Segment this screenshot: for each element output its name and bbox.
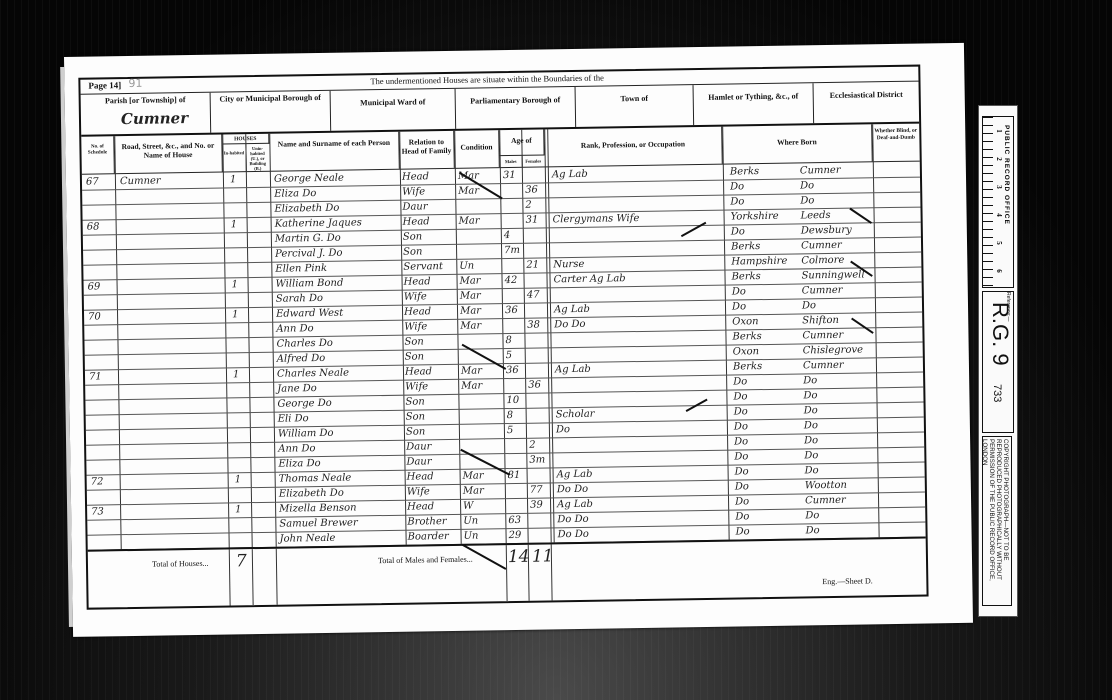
cell-male-age — [507, 438, 525, 453]
cell-born-county: Do — [733, 373, 803, 389]
cell-female-age: 2 — [529, 437, 547, 452]
cell-road — [125, 518, 225, 535]
cell-relation: Wife — [402, 184, 454, 200]
cell-condition: W — [463, 498, 503, 514]
cell-born-place: Dewsbury — [801, 222, 873, 238]
cell-female-age: 31 — [526, 212, 544, 227]
cell-female-age — [530, 527, 548, 542]
cell-female-age — [528, 362, 546, 377]
cell-schedule: 73 — [91, 504, 119, 519]
cell-inhabited — [235, 532, 249, 547]
cell-road: Cumner — [120, 173, 220, 190]
cell-schedule — [91, 519, 119, 534]
scale-ruler: 1 2 3 4 5 6 PUBLIC RECORD OFFICE — [982, 116, 1014, 288]
cell-condition — [459, 228, 499, 244]
reference-box: Reference:— R.G. 9 733 — [982, 291, 1014, 433]
cell-relation: Daur — [406, 454, 458, 470]
cell-born-county: Do — [734, 463, 804, 479]
col-uninhabited: Unin-habited (U.), or Building (B.) — [245, 146, 269, 171]
cell-born-place: Cumner — [805, 492, 877, 508]
cell-born-county: Oxon — [733, 343, 803, 359]
cell-relation: Brother — [407, 514, 459, 530]
cell-female-age — [528, 347, 546, 362]
cell-inhabited: 1 — [235, 472, 249, 487]
cell-inhabited — [233, 352, 247, 367]
cell-male-age — [503, 183, 521, 198]
cell-born-county: Yorkshire — [730, 208, 800, 224]
cell-female-age: 3m — [529, 452, 547, 467]
cell-inhabited — [231, 262, 245, 277]
cell-inhabited — [232, 337, 246, 352]
cell-born-place: Cumner — [802, 327, 874, 343]
cell-road — [124, 458, 224, 475]
cell-relation: Head — [403, 274, 455, 290]
cell-born-place: Do — [804, 447, 876, 463]
cell-road — [121, 263, 221, 280]
cell-inhabited: 1 — [231, 217, 245, 232]
cell-inhabited — [232, 292, 246, 307]
cell-born-place: Cumner — [802, 282, 874, 298]
cell-male-age: 29 — [508, 528, 526, 543]
cell-inhabited — [231, 247, 245, 262]
cell-schedule: 71 — [89, 369, 117, 384]
cell-condition: Mar — [460, 303, 500, 319]
cell-relation: Boarder — [407, 529, 459, 545]
col-name: Name and Surname of each Person — [269, 132, 400, 171]
census-form: Page 14] 91 The undermentioned Houses ar… — [78, 65, 928, 610]
cell-born-county: Berks — [731, 238, 801, 254]
cell-male-age: 31 — [503, 168, 521, 183]
cell-born-place: Cumner — [803, 357, 875, 373]
cell-female-age — [530, 467, 548, 482]
ruler-number: 3 — [995, 185, 1003, 189]
cell-male-age — [505, 318, 523, 333]
cell-condition: Mar — [461, 378, 501, 394]
cell-schedule — [92, 534, 120, 549]
office-name: PUBLIC RECORD OFFICE — [1003, 125, 1010, 225]
sheet-footer: Eng.—Sheet D. — [822, 576, 873, 586]
cell-born-county: Do — [731, 223, 801, 239]
cell-relation: Head — [403, 214, 455, 230]
cell-born-place: Do — [804, 417, 876, 433]
cell-born-county: Do — [735, 523, 805, 539]
cell-female-age — [526, 227, 544, 242]
cell-inhabited — [233, 382, 247, 397]
cell-born-county: Do — [734, 403, 804, 419]
cell-condition: Mar — [459, 273, 499, 289]
cell-condition: Un — [459, 258, 499, 274]
cell-condition — [462, 423, 502, 439]
hamlet-header: Hamlet or Tything, &c., of — [694, 83, 815, 125]
cell-female-age: 39 — [530, 497, 548, 512]
cell-inhabited — [230, 202, 244, 217]
cell-road — [123, 353, 223, 370]
col-relation: Relation to Head of Family — [399, 131, 455, 169]
cell-born-place: Do — [802, 297, 874, 313]
cell-road — [121, 218, 221, 235]
cell-road — [125, 488, 225, 505]
cell-born-place: Wootton — [805, 477, 877, 493]
cell-male-age: 4 — [504, 228, 522, 243]
cell-born-county: Do — [732, 298, 802, 314]
cell-inhabited — [234, 457, 248, 472]
cell-relation: Son — [405, 349, 457, 365]
cell-condition — [461, 393, 501, 409]
cell-road — [126, 533, 226, 550]
parish-label: Parish [or Township] of — [105, 95, 186, 105]
cell-relation: Head — [407, 499, 459, 515]
cell-condition — [462, 408, 502, 424]
cell-born-county: Do — [732, 283, 802, 299]
cell-male-age — [503, 198, 521, 213]
cell-born-county: Berks — [730, 163, 800, 179]
col-inhabited: In-habited — [222, 150, 245, 155]
cell-schedule — [88, 294, 116, 309]
cell-relation: Servant — [403, 259, 455, 275]
cell-female-age — [525, 167, 543, 182]
cell-road — [121, 278, 221, 295]
col-males: Males — [500, 159, 522, 164]
cell-born-county: Do — [734, 433, 804, 449]
cell-schedule: 68 — [87, 219, 115, 234]
cell-born-place: Do — [800, 177, 872, 193]
cell-inhabited: 1 — [232, 307, 246, 322]
col-condition: Condition — [454, 130, 500, 168]
cell-schedule — [87, 234, 115, 249]
cell-schedule — [90, 414, 118, 429]
ruler-number: 1 — [995, 129, 1003, 133]
census-page: Page 14] 91 The undermentioned Houses ar… — [64, 43, 973, 637]
cell-male-age — [504, 258, 522, 273]
cell-male-age: 8 — [505, 333, 523, 348]
cell-born-county: Do — [735, 493, 805, 509]
cell-inhabited: 1 — [233, 367, 247, 382]
cell-inhabited — [235, 487, 249, 502]
cell-relation: Son — [406, 409, 458, 425]
cell-male-age: 42 — [504, 273, 522, 288]
cell-schedule — [88, 339, 116, 354]
cell-condition: Mar — [461, 363, 501, 379]
cell-relation: Head — [402, 169, 454, 185]
cell-male-age: 36 — [506, 363, 524, 378]
cell-born-county: Do — [734, 418, 804, 434]
cell-schedule — [90, 459, 118, 474]
cell-schedule — [89, 354, 117, 369]
cell-female-age: 77 — [530, 482, 548, 497]
town-header: Town of — [576, 85, 695, 127]
cell-condition: Mar — [460, 318, 500, 334]
cell-schedule — [90, 429, 118, 444]
cell-female-age: 38 — [527, 317, 545, 332]
ruler-number: 2 — [995, 157, 1003, 161]
cell-born-place: Do — [805, 507, 877, 523]
cell-condition: Un — [463, 528, 503, 544]
cell-relation: Head — [407, 469, 459, 485]
cell-female-age — [529, 422, 547, 437]
cell-road — [123, 383, 223, 400]
cell-inhabited: 1 — [235, 502, 249, 517]
col-occupation: Rank, Profession, or Occupation — [544, 127, 723, 167]
cell-road — [125, 473, 225, 490]
cell-relation: Daur — [406, 439, 458, 455]
ruler-number: 4 — [995, 213, 1003, 217]
cell-inhabited — [235, 517, 249, 532]
cell-road — [125, 503, 225, 520]
cell-road — [122, 308, 222, 325]
cell-relation: Wife — [405, 379, 457, 395]
cell-male-age: 7m — [504, 243, 522, 258]
cell-condition: Un — [463, 513, 503, 529]
cell-road — [122, 323, 222, 340]
cell-male-age: 8 — [507, 408, 525, 423]
cell-born-county: Do — [735, 508, 805, 524]
cell-road — [122, 338, 222, 355]
cell-inhabited — [234, 442, 248, 457]
ruler-number: 5 — [995, 241, 1003, 245]
cell-male-age — [506, 378, 524, 393]
cell-relation: Wife — [407, 484, 459, 500]
copyright-notice: COPYRIGHT PHOTOGRAPH—NOT TO BE REPRODUCE… — [982, 436, 1012, 606]
cell-relation: Son — [405, 394, 457, 410]
cell-male-age — [507, 453, 525, 468]
cell-born-place: Do — [804, 462, 876, 478]
cell-born-place: Do — [800, 192, 872, 208]
cell-condition: Mar — [463, 483, 503, 499]
cell-inhabited — [232, 322, 246, 337]
cell-schedule: 69 — [88, 279, 116, 294]
cell-female-age — [526, 272, 544, 287]
col-road: Road, Street, &c., and No. or Name of Ho… — [114, 135, 223, 174]
piece-number: 733 — [991, 384, 1003, 402]
cell-road — [123, 398, 223, 415]
cell-born-place: Do — [804, 432, 876, 448]
total-females-value: 11 — [532, 546, 554, 566]
totals-row: Total of Houses... 7 Total of Males and … — [88, 537, 927, 608]
cell-schedule — [91, 489, 119, 504]
total-houses-value: 7 — [236, 551, 247, 571]
cell-schedule — [88, 324, 116, 339]
cell-born-county: Berks — [731, 268, 801, 284]
cell-female-age — [529, 407, 547, 422]
cell-born-county: Oxon — [732, 313, 802, 329]
cell-relation: Son — [403, 229, 455, 245]
cell-male-age — [505, 288, 523, 303]
cell-born-place: Cumner — [800, 162, 872, 178]
cell-condition — [459, 243, 499, 259]
boundary-heading: The undermentioned Houses are situate wi… — [370, 73, 604, 87]
cell-condition: Mar — [460, 288, 500, 304]
cell-born-county: Berks — [732, 328, 802, 344]
cell-schedule: 70 — [88, 309, 116, 324]
parish-value: Cumner — [121, 113, 188, 124]
cell-road — [124, 413, 224, 430]
cell-condition: Mar — [459, 213, 499, 229]
cell-female-age: 47 — [527, 287, 545, 302]
cell-female-age: 21 — [526, 257, 544, 272]
cell-male-age: 10 — [506, 393, 524, 408]
cell-road — [123, 368, 223, 385]
cell-schedule: 67 — [86, 174, 114, 189]
cell-condition: Mar — [463, 468, 503, 484]
cell-inhabited — [233, 397, 247, 412]
cell-born-place: Chislegrove — [803, 342, 875, 358]
cell-female-age: 2 — [525, 197, 543, 212]
cell-road — [120, 188, 220, 205]
col-blind-deaf: Whether Blind, or Deaf-and-Dumb — [872, 124, 920, 162]
cell-male-age: 5 — [506, 348, 524, 363]
ecclesiastical-header: Ecclesiastical District — [814, 82, 920, 124]
folio-pencil-note: 91 — [128, 77, 142, 90]
cell-female-age — [526, 242, 544, 257]
cell-inhabited — [234, 412, 248, 427]
cell-relation: Son — [406, 424, 458, 440]
cell-relation: Son — [403, 244, 455, 260]
cell-male-age — [504, 213, 522, 228]
cell-born-county: Do — [730, 193, 800, 209]
cell-born-county: Berks — [733, 358, 803, 374]
cell-male-age: 36 — [505, 303, 523, 318]
cell-born-county: Do — [734, 448, 804, 464]
total-males-value: 14 — [508, 547, 530, 567]
cell-inhabited — [230, 187, 244, 202]
cell-schedule — [87, 264, 115, 279]
cell-born-place: Do — [804, 402, 876, 418]
cell-schedule — [90, 444, 118, 459]
cell-relation: Wife — [404, 289, 456, 305]
cell-born-county: Hampshire — [731, 253, 801, 269]
col-females: Females — [522, 158, 545, 163]
borough-header: City or Municipal Borough of — [211, 91, 332, 133]
cell-female-age — [527, 302, 545, 317]
cell-road — [121, 233, 221, 250]
cell-road — [124, 428, 224, 445]
cell-female-age — [530, 512, 548, 527]
cell-relation: Wife — [404, 319, 456, 335]
cell-schedule — [89, 399, 117, 414]
reference-code: R.G. 9 — [987, 302, 1013, 366]
cell-born-county: Do — [730, 178, 800, 194]
col-schedule: No. of Schedule — [81, 136, 115, 174]
total-houses-label: Total of Houses... — [152, 559, 209, 569]
cell-born-place: Do — [803, 372, 875, 388]
total-persons-label: Total of Males and Females... — [378, 555, 473, 565]
cell-female-age: 36 — [528, 377, 546, 392]
cell-relation: Head — [405, 364, 457, 380]
cell-road — [120, 203, 220, 220]
cell-born-county: Do — [733, 388, 803, 404]
ward-header: Municipal Ward of — [331, 89, 457, 131]
parish-header: Parish [or Township] of Cumner — [81, 93, 212, 135]
cell-inhabited: 1 — [231, 277, 245, 292]
cell-female-age — [528, 392, 546, 407]
cell-born-place: Do — [803, 387, 875, 403]
cell-relation: Daur — [402, 199, 454, 215]
cell-schedule — [89, 384, 117, 399]
pro-reference-label: 1 2 3 4 5 6 PUBLIC RECORD OFFICE Referen… — [978, 105, 1018, 617]
cell-road — [122, 293, 222, 310]
cell-male-age — [508, 498, 526, 513]
parliamentary-borough-header: Parliamentary Borough of — [456, 87, 577, 129]
ruler-number: 6 — [995, 269, 1003, 273]
cell-male-age: 5 — [507, 423, 525, 438]
cell-male-age: 81 — [508, 468, 526, 483]
col-where-born: Where Born — [722, 124, 873, 163]
cell-condition — [458, 198, 498, 214]
cell-inhabited — [231, 232, 245, 247]
cell-relation: Son — [404, 334, 456, 350]
cell-schedule: 72 — [91, 474, 119, 489]
cell-born-place: Cumner — [801, 237, 873, 253]
page-number: Page 14] — [88, 80, 121, 91]
cell-male-age: 63 — [508, 513, 526, 528]
cell-road — [121, 248, 221, 265]
cell-schedule — [87, 249, 115, 264]
cell-female-age: 36 — [525, 182, 543, 197]
cell-born-place: Colmore — [801, 252, 873, 268]
cell-born-place: Do — [805, 522, 877, 538]
cell-relation: Head — [404, 304, 456, 320]
cell-inhabited: 1 — [230, 172, 244, 187]
cell-schedule — [86, 204, 114, 219]
cell-schedule — [86, 189, 114, 204]
cell-born-county: Do — [735, 478, 805, 494]
cell-inhabited — [234, 427, 248, 442]
cell-male-age — [508, 483, 526, 498]
cell-female-age — [527, 332, 545, 347]
cell-road — [124, 443, 224, 460]
